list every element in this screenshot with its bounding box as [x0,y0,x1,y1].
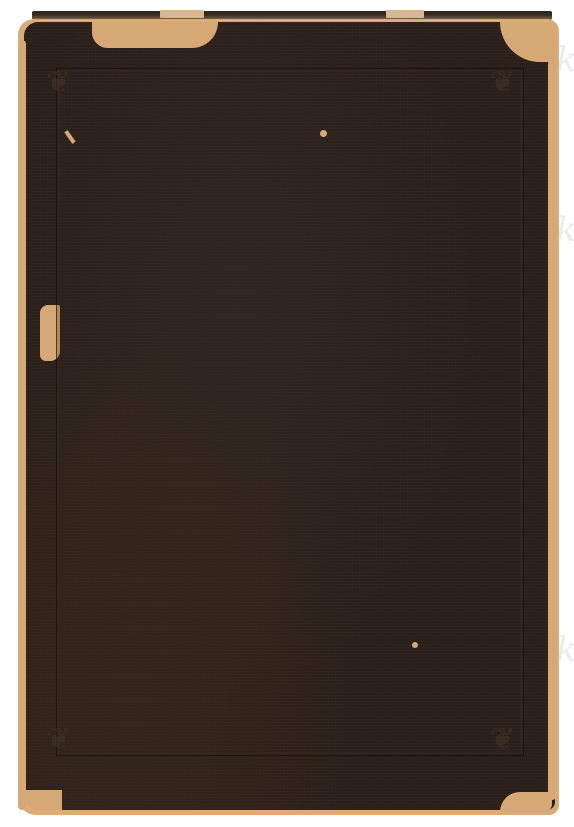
worn-patch-bottom-right [500,792,552,812]
spine-tab [160,10,204,18]
corner-ornament-icon: ❦ [46,68,71,98]
worn-patch-left-edge [18,40,26,810]
watermark: k [556,210,574,250]
spine-tab [386,10,424,18]
corner-ornament-icon: ❦ [46,725,71,755]
corner-ornament-icon: ❦ [490,68,515,98]
corner-ornament-icon: ❦ [490,725,515,755]
worn-patch-right-edge [548,60,556,800]
worn-patch-top [92,22,218,48]
watermark: k [556,40,574,80]
book-cover-photo: ❦ ❦ ❦ ❦ k k k [0,0,574,827]
watermark: k [556,630,574,670]
embossed-frame [56,68,524,756]
